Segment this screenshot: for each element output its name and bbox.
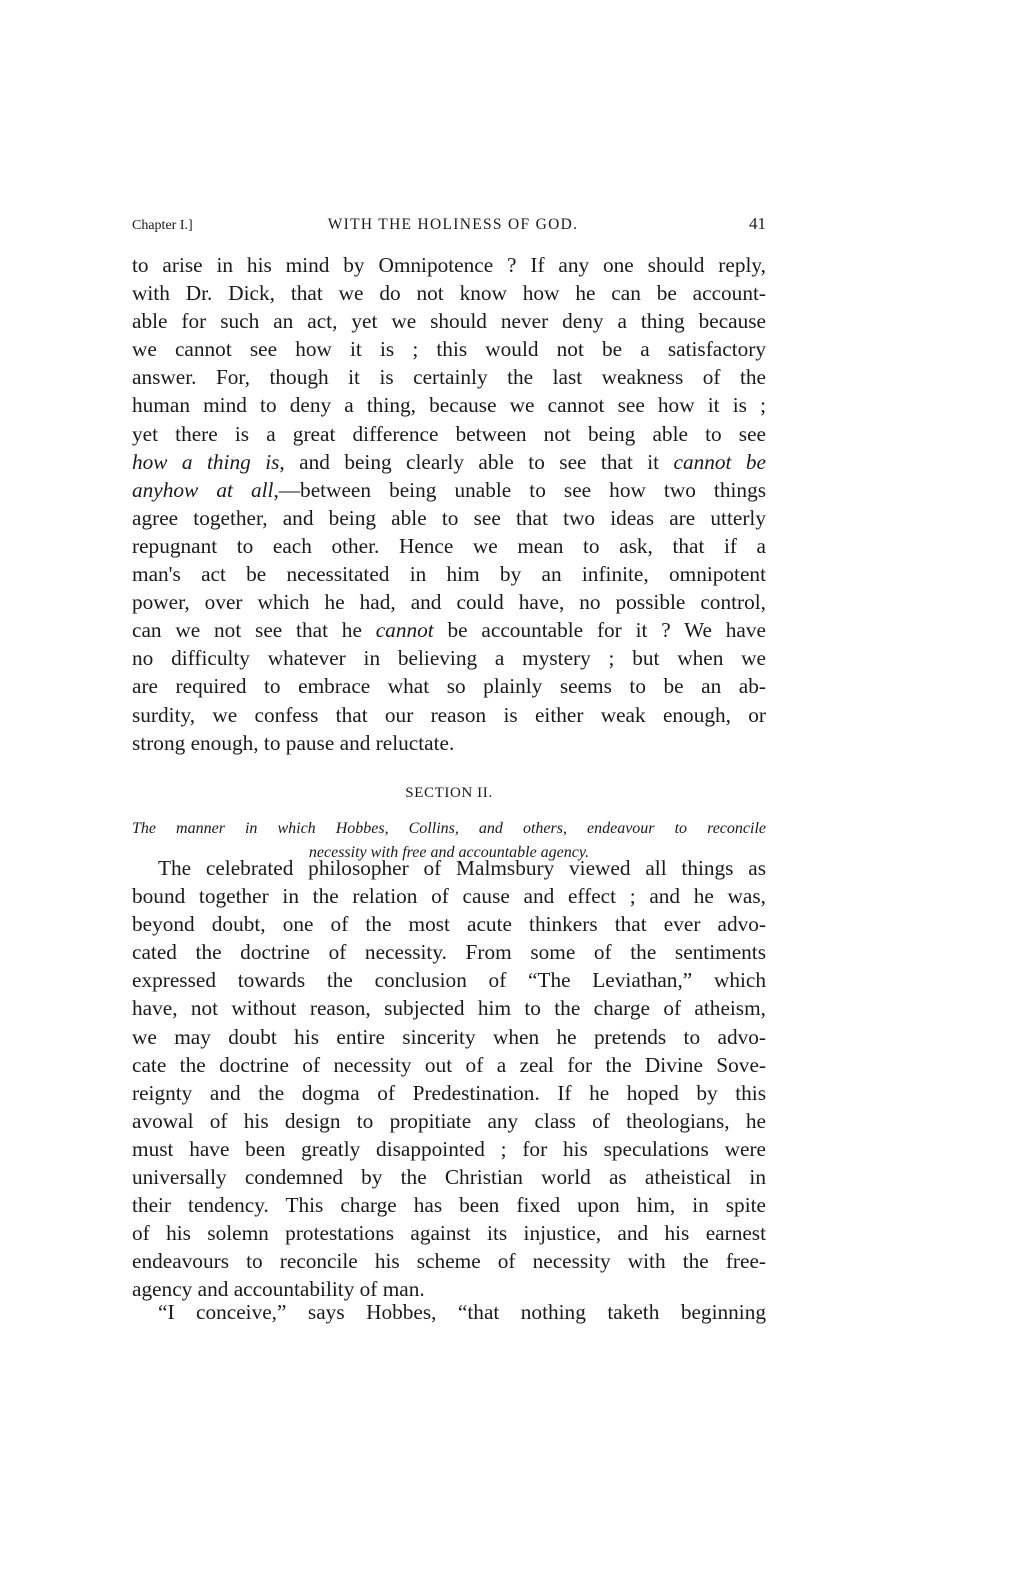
paragraph-3: “I conceive,” says Hobbes, “that nothing… [132, 1298, 766, 1326]
text-line: strong enough, to pause and reluctate. [132, 729, 766, 757]
text-run: , and being clearly able to see that it [279, 450, 673, 474]
text-line: must have been greatly disappointed ; fo… [132, 1135, 766, 1163]
text-line: with Dr. Dick, that we do not know how h… [132, 279, 766, 307]
text-line: to arise in his mind by Omnipotence ? If… [132, 251, 766, 279]
text-line: avowal of his design to propitiate any c… [132, 1107, 766, 1135]
text-line: cate the doctrine of necessity out of a … [132, 1051, 766, 1079]
running-title: WITH THE HOLINESS OF GOD. [132, 216, 766, 234]
italic-phrase: cannot [376, 618, 434, 642]
text-line: surdity, we confess that our reason is e… [132, 701, 766, 729]
section-heading: SECTION II. [132, 785, 766, 802]
italic-phrase: how a thing is [132, 450, 279, 474]
text-line: their tendency. This charge has been fix… [132, 1191, 766, 1219]
running-head: Chapter I.] WITH THE HOLINESS OF GOD. 41 [132, 214, 766, 236]
text-line: “I conceive,” says Hobbes, “that nothing… [132, 1298, 766, 1326]
page-number: 41 [749, 214, 766, 234]
text-line: power, over which he had, and could have… [132, 588, 766, 616]
text-line: we may doubt his entire sincerity when h… [132, 1023, 766, 1051]
text-line: bound together in the relation of cause … [132, 882, 766, 910]
text-run: can we not see that he [132, 618, 376, 642]
italic-phrase: cannot be [674, 450, 767, 474]
paragraph-1: to arise in his mind by Omnipotence ? If… [132, 251, 766, 757]
text-line: endeavours to reconcile his scheme of ne… [132, 1247, 766, 1275]
text-line: can we not see that he cannot be account… [132, 616, 766, 644]
text-line: agree together, and being able to see th… [132, 504, 766, 532]
text-line: we cannot see how it is ; this would not… [132, 335, 766, 363]
italic-phrase: anyhow at all [132, 478, 273, 502]
text-line: have, not without reason, subjected him … [132, 994, 766, 1022]
text-line: how a thing is, and being clearly able t… [132, 448, 766, 476]
text-line: cated the doctrine of necessity. From so… [132, 938, 766, 966]
text-line: no difficulty whatever in believing a my… [132, 644, 766, 672]
paragraph-2: The celebrated philosopher of Malmsbury … [132, 854, 766, 1304]
text-line: of his solemn protestations against its … [132, 1219, 766, 1247]
text-line: reignty and the dogma of Predestination.… [132, 1079, 766, 1107]
text-run: be accountable for it ? We have [434, 618, 766, 642]
text-line: anyhow at all,—between being unable to s… [132, 476, 766, 504]
text-line: yet there is a great difference between … [132, 420, 766, 448]
text-line: human mind to deny a thing, because we c… [132, 391, 766, 419]
text-line: man's act be necessitated in him by an i… [132, 560, 766, 588]
text-line: The celebrated philosopher of Malmsbury … [132, 854, 766, 882]
subtitle-line: The manner in which Hobbes, Collins, and… [132, 817, 766, 841]
text-line: able for such an act, yet we should neve… [132, 307, 766, 335]
text-line: are required to embrace what so plainly … [132, 672, 766, 700]
text-line: universally condemned by the Christian w… [132, 1163, 766, 1191]
text-line: answer. For, though it is certainly the … [132, 363, 766, 391]
text-line: repugnant to each other. Hence we mean t… [132, 532, 766, 560]
text-run: ,—between being unable to see how two th… [273, 478, 766, 502]
text-line: beyond doubt, one of the most acute thin… [132, 910, 766, 938]
text-line: expressed towards the conclusion of “The… [132, 966, 766, 994]
